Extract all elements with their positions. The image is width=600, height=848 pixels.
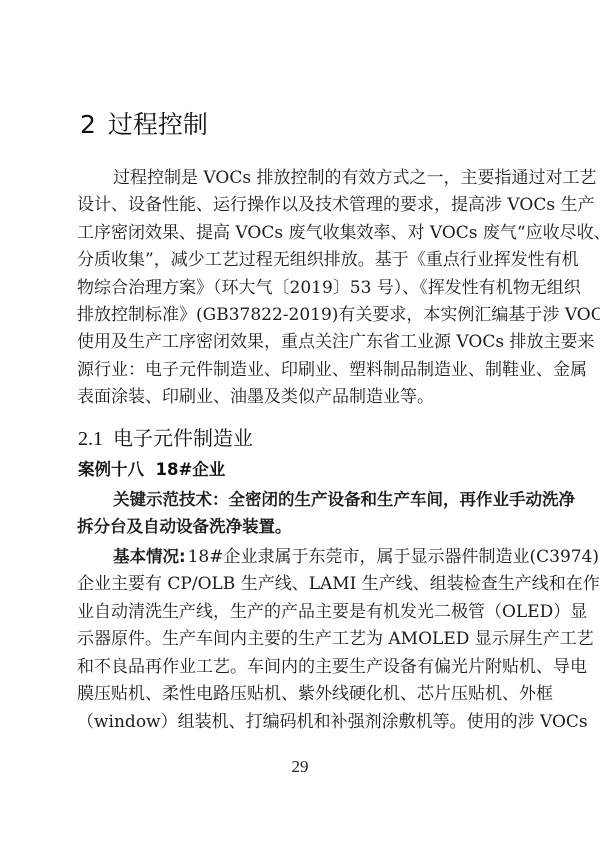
paragraph-line: 排放控制标准》(GB37822-2019)有关要求，本实例汇编基于涉 VOCs — [77, 302, 527, 328]
paragraph-line: 表面涂装、印刷业、油墨及类似产品制造业等。 — [77, 384, 527, 410]
subsection-heading: 2.1电子元件制造业 — [78, 424, 253, 453]
basic-info-first-line: 基本情况: 18#企业隶属于东莞市，属于显示器件制造业(C3974)， — [113, 544, 527, 570]
section-title: 过程控制 — [108, 110, 208, 139]
paragraph-line: 示器原件。生产车间内主要的生产工艺为 AMOLED 显示屏生产工艺 — [77, 626, 527, 652]
paragraph-line: 设计、设备性能、运行操作以及技术管理的要求，提高涉 VOCs 生产 — [77, 192, 527, 218]
key-tech-line: 关键示范技术：全密闭的生产设备和生产车间，再作业手动洗净 — [113, 487, 527, 513]
paragraph-line: 过程控制是 VOCs 排放控制的有效方式之一，主要指通过对工艺 — [113, 165, 527, 191]
paragraph-line: 膜压贴机、柔性电路压贴机、紫外线硬化机、芯片压贴机、外框 — [77, 681, 527, 707]
paragraph-line: 分质收集”，减少工艺过程无组织排放。基于《重点行业挥发性有机 — [77, 247, 527, 273]
paragraph-line: （window）组装机、打编码机和补强剂涂敷机等。使用的涉 VOCs — [77, 709, 527, 735]
section-heading: 2过程控制 — [80, 108, 208, 142]
paragraph-line: 工序密闭效果、提高 VOCs 废气收集效率、对 VOCs 废气“应收尽收、 — [77, 220, 527, 246]
page-number: 29 — [0, 757, 600, 777]
subsection-title: 电子元件制造业 — [113, 426, 253, 450]
paragraph-line: 物综合治理方案》（环大气〔2019〕53 号）、《挥发性有机物无组织 — [77, 275, 527, 301]
paragraph-line: 和不良品再作业工艺。车间内的主要生产设备有偏光片附贴机、导电 — [77, 654, 527, 680]
paragraph-line: 18#企业隶属于东莞市，属于显示器件制造业(C3974)， — [188, 544, 600, 570]
paragraph-line: 业自动清洗生产线，生产的产品主要是有机发光二极管（OLED）显 — [77, 599, 527, 625]
paragraph-line: 使用及生产工序密闭效果，重点关注广东省工业源 VOCs 排放主要来 — [77, 329, 527, 355]
section-number: 2 — [80, 110, 96, 139]
subsection-number: 2.1 — [78, 428, 103, 450]
case-title: 案例十八 18#企业 — [78, 458, 225, 482]
basic-info-label: 基本情况: — [113, 544, 186, 570]
paragraph-line: 源行业：电子元件制造业、印刷业、塑料制品制造业、制鞋业、金属 — [77, 357, 527, 383]
key-tech-line: 拆分台及自动设备洗净装置。 — [77, 514, 527, 540]
document-page: 2过程控制 过程控制是 VOCs 排放控制的有效方式之一，主要指通过对工艺 设计… — [0, 0, 600, 848]
paragraph-line: 企业主要有 CP/OLB 生产线、LAMI 生产线、组装检查生产线和在作 — [77, 571, 527, 597]
